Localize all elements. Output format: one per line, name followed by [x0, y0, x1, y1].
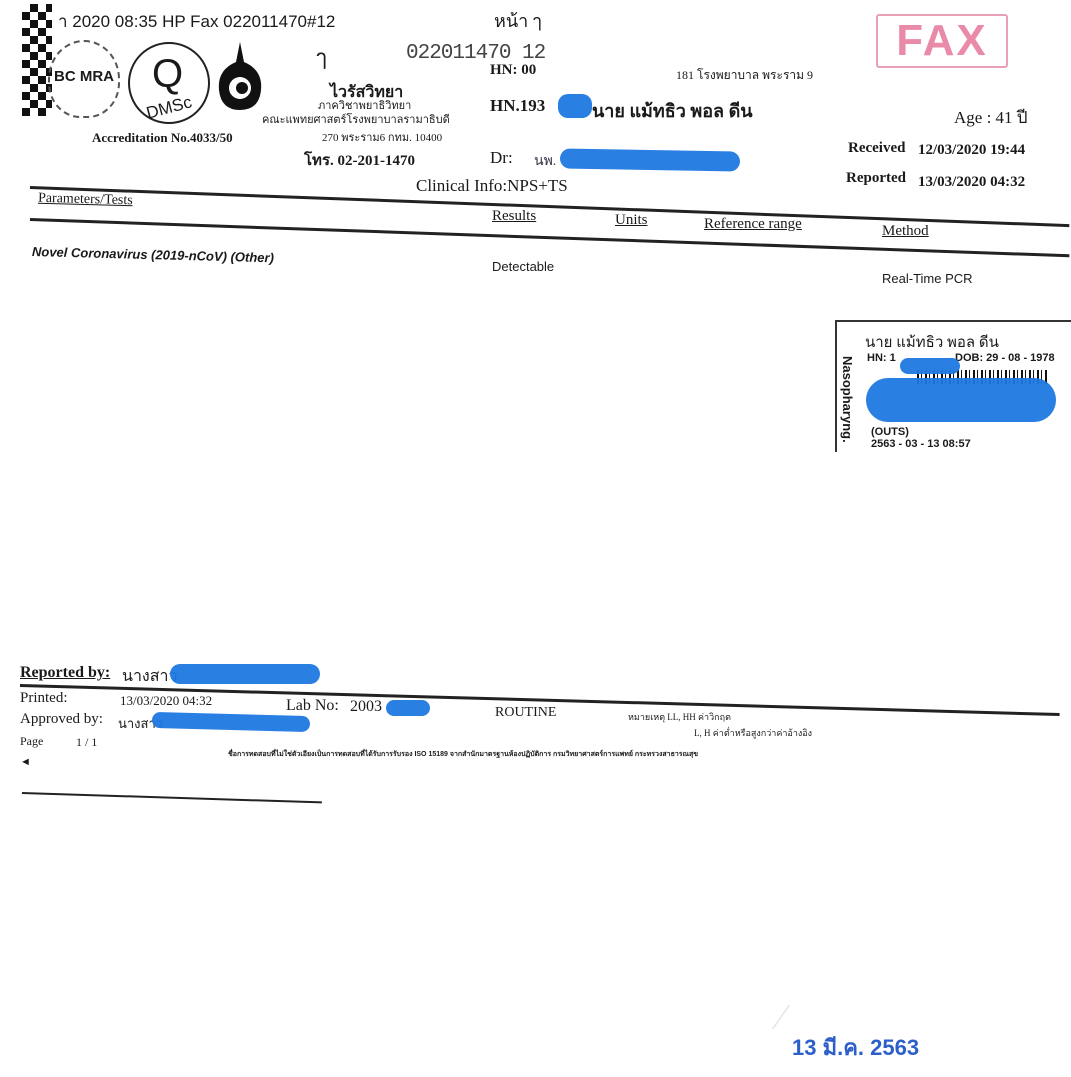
note-critical: หมายเหตุ LL, HH ค่าวิกฤต	[628, 710, 731, 724]
received-label: Received	[848, 140, 905, 157]
page-number: 1 / 1	[76, 735, 97, 750]
redaction-reported-by	[170, 664, 320, 684]
specimen-site: Nasopharyng.	[840, 356, 855, 443]
column-header-results: Results	[492, 208, 536, 225]
priority: ROUTINE	[495, 705, 556, 721]
specimen-dob: DOB: 29 - 08 - 1978	[955, 352, 1055, 364]
reported-by-value: นางสาว	[122, 664, 177, 689]
iso-accreditation-note: ชื่อการทดสอบที่ไม่ใช่ตัวเอียงเป็นการทดสอ…	[228, 749, 698, 760]
doctor-prefix: นพ.	[534, 150, 556, 172]
hn-top: HN: 00	[490, 62, 536, 79]
fax-header-line: า 2020 08:35 HP Fax 022011470#12	[58, 8, 335, 35]
doctor-label: Dr:	[490, 148, 513, 168]
lab-no-label: Lab No:	[286, 697, 339, 715]
printed-label: Printed:	[20, 690, 68, 707]
lab-faculty: คณะแพทยศาสตร์โรงพยาบาลรามาธิบดี	[262, 110, 450, 128]
specimen-datetime: 2563 - 03 - 13 08:57	[871, 438, 971, 450]
reported-datetime: 13/03/2020 04:32	[918, 174, 1025, 191]
column-header-units: Units	[615, 212, 648, 229]
note-range: L, H ค่าต่ำหรือสูงกว่าค่าอ้างอิง	[694, 726, 812, 740]
accreditation-number: Accreditation No.4033/50	[92, 130, 233, 146]
page-label: Page	[20, 734, 43, 749]
lab-no-value: 2003	[350, 698, 382, 716]
arrow-left-icon: ◄	[20, 756, 31, 768]
test-name: Novel Coronavirus (2019-nCoV) (Other)	[32, 244, 274, 265]
specimen-hn: HN: 1	[867, 352, 896, 364]
patient-hn: HN.193	[490, 96, 545, 116]
redaction-lab-no	[386, 700, 430, 716]
specimen-type: (OUTS)	[871, 426, 909, 438]
column-header-method: Method	[882, 223, 929, 240]
checker-pattern	[22, 4, 52, 116]
redaction-doctor	[560, 148, 740, 171]
fax-page-label: หน้า ๅ	[494, 6, 542, 35]
hospital-name: 181 โรงพยาบาล พระราม 9	[676, 66, 813, 85]
test-result: Detectable	[492, 259, 554, 274]
test-method: Real-Time PCR	[882, 271, 973, 286]
reported-by-label: Reported by:	[20, 664, 110, 682]
patient-age: Age : 41 ปี	[954, 104, 1028, 131]
redaction-specimen-hn	[900, 358, 960, 374]
redaction-approved-by	[152, 712, 310, 732]
received-date-stamp: 13 มี.ค. 2563	[792, 1030, 919, 1065]
lab-address: 270 พระราม6 กทม. 10400	[322, 128, 442, 146]
column-header-reference: Reference range	[704, 216, 802, 233]
dmsc-seal-icon: Q DMSc	[128, 42, 210, 124]
approved-by-label: Approved by:	[20, 711, 103, 728]
university-emblem-icon	[215, 40, 265, 112]
patient-name: นาย แม้ทธิว พอล ดีน	[592, 96, 753, 125]
mra-seal-icon: BC MRA	[48, 40, 120, 118]
stamp-smudge	[772, 1005, 851, 1029]
fax-stamp: FAX	[876, 14, 1008, 68]
reported-label: Reported	[846, 170, 906, 187]
received-datetime: 12/03/2020 19:44	[918, 142, 1025, 159]
column-header-parameters: Parameters/Tests	[38, 191, 133, 209]
lab-mark: ๅ	[316, 40, 327, 75]
clinical-info: Clinical Info:NPS+TS	[416, 176, 568, 196]
redaction-hn	[558, 94, 592, 118]
redaction-specimen-barcode	[866, 378, 1056, 422]
specimen-patient-name: นาย แม้ทธิว พอล ดีน	[865, 330, 999, 354]
rule-signature	[22, 792, 322, 803]
lab-phone: โทร. 02-201-1470	[304, 148, 415, 172]
printed-datetime: 13/03/2020 04:32	[120, 693, 212, 709]
